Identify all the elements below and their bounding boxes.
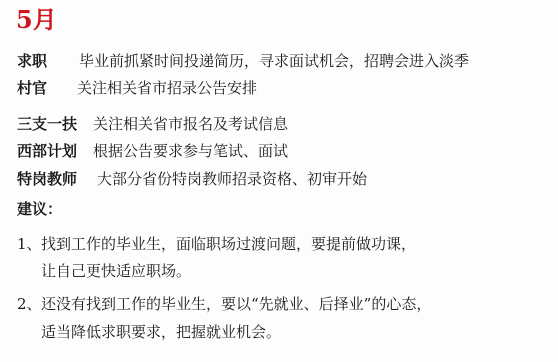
item-text: 大部分省份特岗教师招录资格、初审开始	[97, 168, 367, 190]
item-text: 关注相关省市报名及考试信息	[93, 113, 288, 135]
advice-text: 还没有找到工作的毕业生，要以“先就业、后择业”的心态，	[41, 295, 431, 313]
item-text: 根据公告要求参与笔试、面试	[93, 140, 288, 162]
item-label: 三支一扶	[17, 113, 93, 135]
item-special-teacher: 特岗教师大部分省份特岗教师招录资格、初审开始	[17, 168, 367, 190]
item-text: 关注相关省市招录公告安排	[77, 77, 257, 99]
item-text: 毕业前抓紧时间投递简历，寻求面试机会，招聘会进入淡季	[79, 50, 469, 72]
advice-point-1-continuation: 让自己更快适应职场。	[41, 260, 191, 282]
item-three-supports: 三支一扶关注相关省市报名及考试信息	[17, 113, 288, 135]
advice-number: 2、	[17, 293, 41, 315]
advice-point-1: 1、找到工作的毕业生，面临职场过渡问题，要提前做功课，	[17, 233, 416, 255]
item-western-plan: 西部计划根据公告要求参与笔试、面试	[17, 140, 288, 162]
item-label: 村官	[17, 77, 77, 99]
item-label: 西部计划	[17, 140, 93, 162]
item-village-official: 村官关注相关省市招录公告安排	[17, 77, 257, 99]
item-label: 特岗教师	[17, 168, 97, 190]
item-job-seeking: 求职毕业前抓紧时间投递简历，寻求面试机会，招聘会进入淡季	[17, 50, 469, 72]
item-label: 求职	[17, 50, 79, 72]
advice-point-2-continuation: 适当降低求职要求，把握就业机会。	[41, 321, 281, 343]
month-title: 5月	[16, 4, 57, 36]
advice-heading: 建议：	[17, 198, 62, 220]
advice-number: 1、	[17, 233, 41, 255]
advice-point-2: 2、还没有找到工作的毕业生，要以“先就业、后择业”的心态，	[17, 293, 431, 315]
advice-text: 找到工作的毕业生，面临职场过渡问题，要提前做功课，	[41, 235, 416, 253]
